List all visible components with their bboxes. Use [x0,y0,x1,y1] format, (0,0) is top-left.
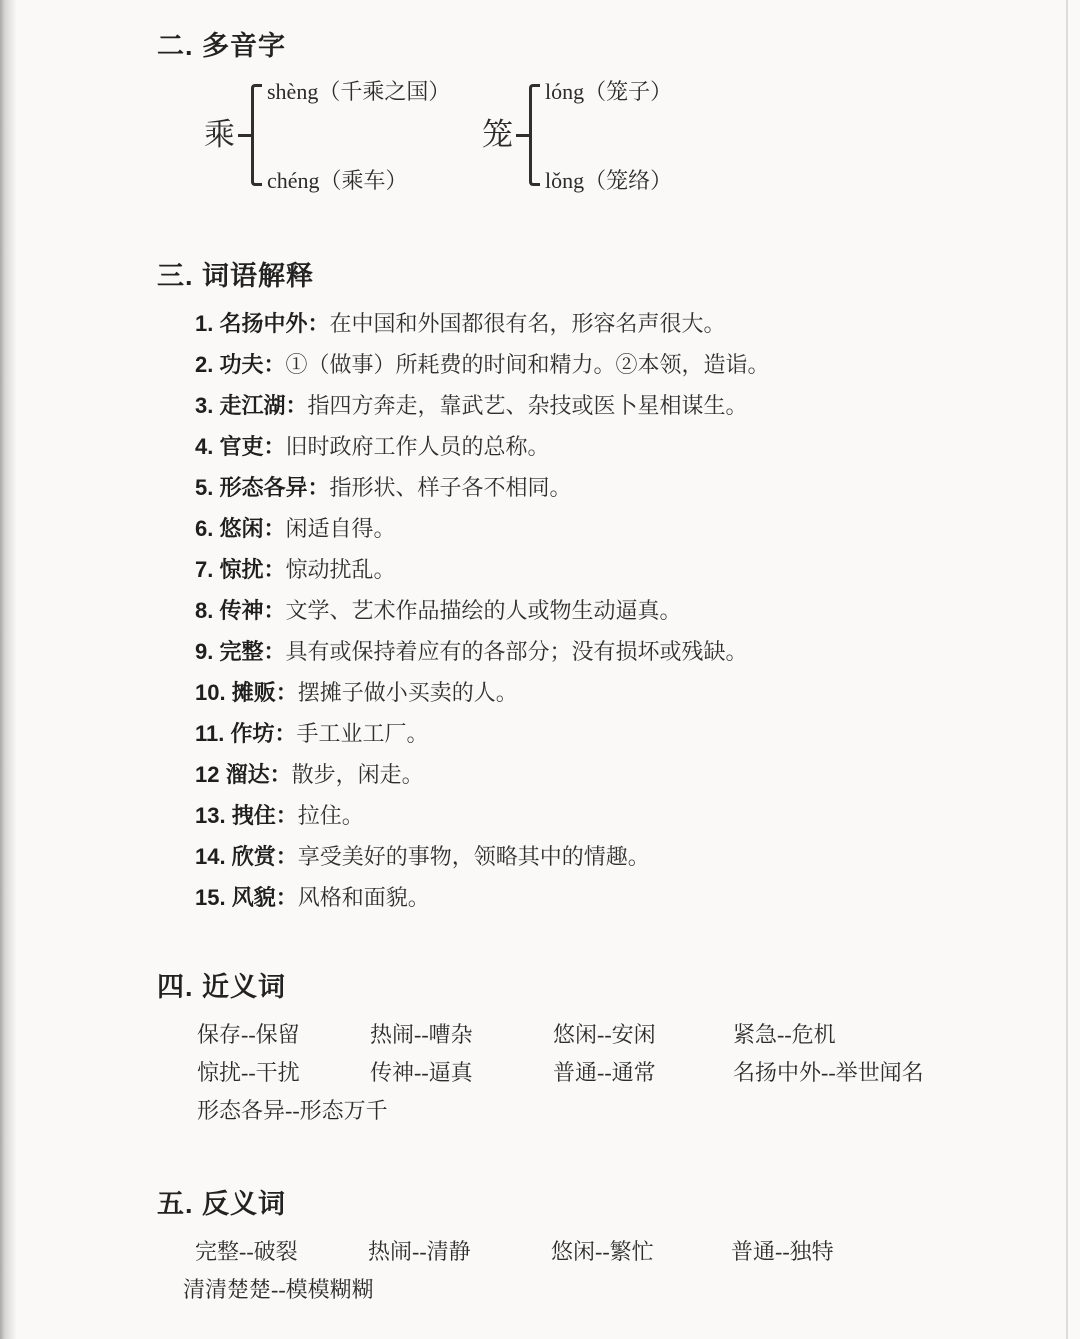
polyphone-char: 笼 [482,118,513,152]
polyphone-readings: shèng（千乘之国） chéng（乘车） [267,75,450,195]
definition-text: 旧时政府工作人员的总称。 [285,434,549,459]
polyphone-readings: lóng（笼子） lǒng（笼络） [545,75,672,195]
definition-item: 5. 形态各异：指形状、样子各不相同。 [195,475,995,501]
definition-term: 13. 拽住： [195,803,298,828]
synonym-row: 惊扰--干扰 传神--逼真 普通--通常 名扬中外--举世闻名 [197,1061,924,1085]
section-heading-synonyms: 四. 近义词 [157,965,286,1004]
synonym-pair: 紧急--危机 [733,1023,924,1047]
definition-item: 15. 风貌：风格和面貌。 [195,885,995,911]
definition-text: 指四方奔走，靠武艺、杂技或医卜星相谋生。 [307,393,747,418]
definition-term: 15. 风貌： [195,885,298,910]
definition-item: 7. 惊扰：惊动扰乱。 [195,557,995,583]
bracket-shape [251,84,262,186]
polyphone-group-long: 笼 lóng（笼子） lǒng（笼络） [482,75,672,195]
synonym-pair: 保存--保留 [197,1023,370,1047]
definition-text: 散步，闲走。 [292,762,424,787]
definition-term: 3. 走江湖： [195,393,307,418]
antonym-pair: 热闹--清静 [368,1240,551,1264]
section-heading-polyphones: 二. 多音字 [157,24,286,63]
polyphone-reading: shèng（千乘之国） [267,75,450,106]
scan-edge-shadow [0,0,18,1339]
scan-edge-line [1066,0,1068,1339]
definition-item: 1. 名扬中外：在中国和外国都很有名，形容名声很大。 [195,311,995,337]
synonym-pair: 普通--通常 [553,1061,733,1085]
section-heading-antonyms: 五. 反义词 [157,1182,286,1221]
synonym-pair: 传神--逼真 [370,1061,553,1085]
definition-item: 10. 摊贩：摆摊子做小买卖的人。 [195,680,995,706]
definition-item: 3. 走江湖：指四方奔走，靠武艺、杂技或医卜星相谋生。 [195,393,995,419]
polyphone-reading: lóng（笼子） [545,75,672,106]
definition-term: 4. 官吏： [195,434,285,459]
definition-item: 11. 作坊：手工业工厂。 [195,721,995,747]
definition-item: 2. 功夫：①（做事）所耗费的时间和精力。②本领，造诣。 [195,352,995,378]
synonym-row: 形态各异--形态万千 [197,1099,924,1123]
definition-term: 10. 摊贩： [195,680,298,705]
definition-term: 14. 欣赏： [195,844,298,869]
bracket-connector [238,134,251,137]
polyphone-group-cheng: 乘 shèng（千乘之国） chéng（乘车） [204,75,450,195]
synonym-pair: 热闹--嘈杂 [370,1023,553,1047]
definition-text: 拉住。 [298,803,364,828]
definition-text: 文学、艺术作品描绘的人或物生动逼真。 [285,598,681,623]
synonym-row: 保存--保留 热闹--嘈杂 悠闲--安闲 紧急--危机 [197,1023,924,1047]
definition-text: 指形状、样子各不相同。 [329,475,571,500]
antonym-pair: 悠闲--繁忙 [551,1240,731,1264]
polyphone-reading: chéng（乘车） [267,164,450,195]
definition-term: 12 溜达： [195,762,292,787]
antonym-pair: 清清楚楚--模模糊糊 [183,1278,834,1302]
definition-item: 8. 传神：文学、艺术作品描绘的人或物生动逼真。 [195,598,995,624]
bracket-shape [529,84,540,186]
definition-term: 2. 功夫： [195,352,285,377]
definition-term: 8. 传神： [195,598,285,623]
definition-text: 惊动扰乱。 [285,557,395,582]
definition-text: 具有或保持着应有的各部分；没有损坏或残缺。 [285,639,747,664]
definition-term: 11. 作坊： [195,721,296,746]
synonyms-grid: 保存--保留 热闹--嘈杂 悠闲--安闲 紧急--危机 惊扰--干扰 传神--逼… [197,1023,924,1137]
definition-text: 在中国和外国都很有名，形容名声很大。 [329,311,725,336]
synonym-pair: 形态各异--形态万千 [197,1099,924,1123]
bracket-connector [516,134,529,137]
synonym-pair: 名扬中外--举世闻名 [733,1061,924,1085]
definition-item: 4. 官吏：旧时政府工作人员的总称。 [195,434,995,460]
definition-term: 6. 悠闲： [195,516,285,541]
definition-item: 13. 拽住：拉住。 [195,803,995,829]
definition-item: 6. 悠闲：闲适自得。 [195,516,995,542]
antonym-pair: 完整--破裂 [195,1240,368,1264]
definitions-list: 1. 名扬中外：在中国和外国都很有名，形容名声很大。 2. 功夫：①（做事）所耗… [195,311,995,926]
antonym-pair: 普通--独特 [731,1240,834,1264]
antonyms-grid: 完整--破裂 热闹--清静 悠闲--繁忙 普通--独特 清清楚楚--模模糊糊 [195,1240,834,1316]
definition-text: ①（做事）所耗费的时间和精力。②本领，造诣。 [285,352,769,377]
definition-term: 9. 完整： [195,639,285,664]
synonym-pair: 惊扰--干扰 [197,1061,370,1085]
polyphone-char: 乘 [204,118,235,152]
synonym-pair: 悠闲--安闲 [553,1023,733,1047]
worksheet-page: { "colors": { "text": "#2b2b2b", "backgr… [0,0,1080,1339]
antonym-row: 清清楚楚--模模糊糊 [183,1278,834,1302]
polyphone-reading: lǒng（笼络） [545,164,672,195]
definition-text: 手工业工厂。 [296,721,428,746]
definition-item: 9. 完整：具有或保持着应有的各部分；没有损坏或残缺。 [195,639,995,665]
definition-text: 风格和面貌。 [298,885,430,910]
definition-text: 摆摊子做小买卖的人。 [298,680,518,705]
definition-item: 14. 欣赏：享受美好的事物，领略其中的情趣。 [195,844,995,870]
antonym-row: 完整--破裂 热闹--清静 悠闲--繁忙 普通--独特 [195,1240,834,1264]
definition-item: 12 溜达：散步，闲走。 [195,762,995,788]
definition-term: 5. 形态各异： [195,475,329,500]
definition-text: 享受美好的事物，领略其中的情趣。 [298,844,650,869]
section-heading-definitions: 三. 词语解释 [157,254,314,293]
definition-text: 闲适自得。 [285,516,395,541]
definition-term: 7. 惊扰： [195,557,285,582]
definition-term: 1. 名扬中外： [195,311,329,336]
